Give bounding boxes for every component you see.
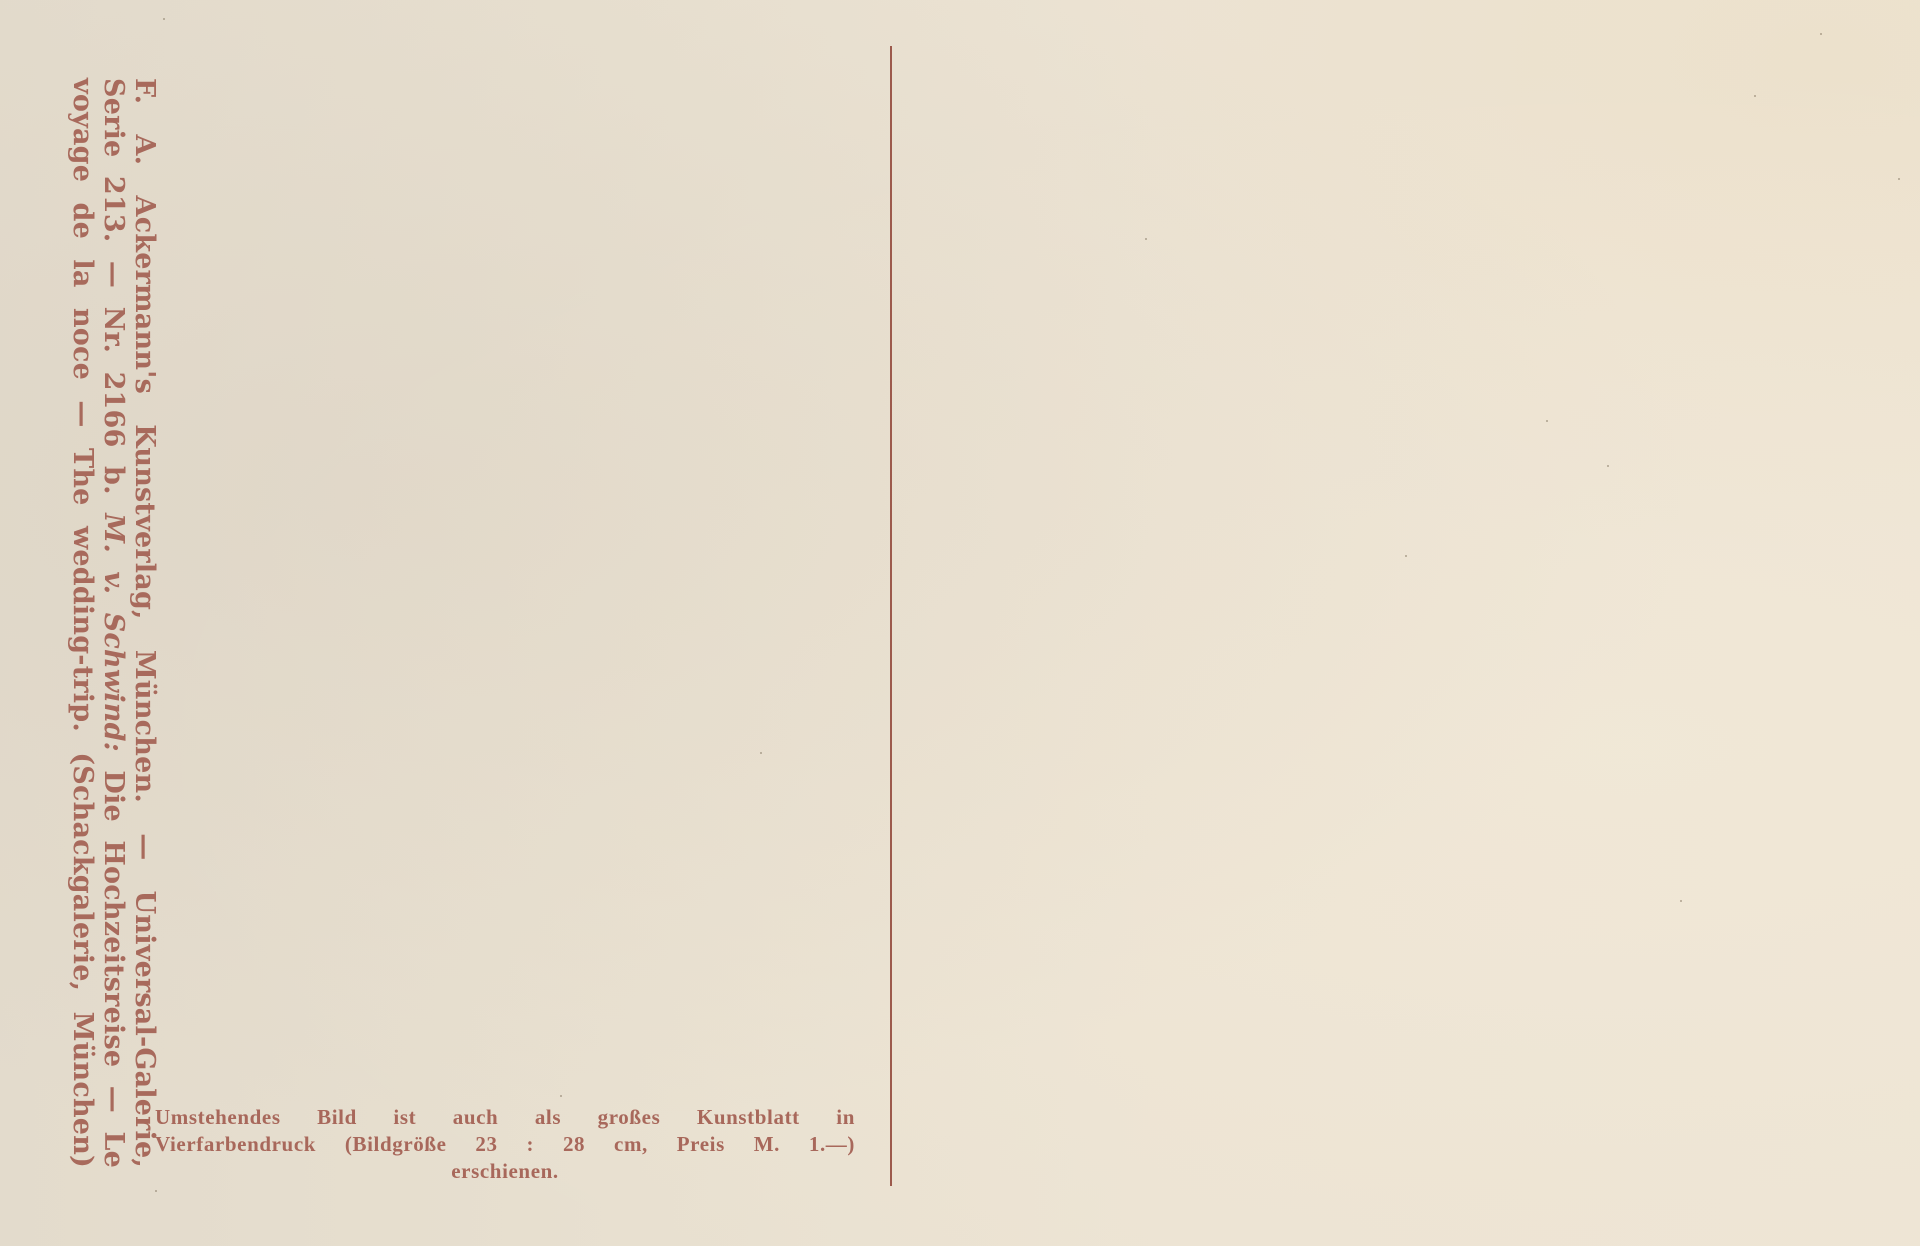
reprint-notice-line-3: erschienen. (155, 1158, 855, 1185)
reprint-notice: Umstehendes Bild ist auch als großes Kun… (155, 1104, 855, 1185)
imprint-line-2-end: Die Hochzeitsreise — Le (98, 752, 129, 1168)
paper-speck (1546, 420, 1548, 422)
paper-speck (760, 752, 762, 754)
address-divider-line (890, 46, 892, 1186)
publisher-imprint: F. A. Ackermann's Kunstverlag, München. … (67, 78, 160, 1168)
paper-speck (560, 1095, 562, 1097)
reprint-notice-line-2: Vierfarbendruck (Bildgröße 23 : 28 cm, P… (155, 1131, 855, 1158)
paper-speck (1898, 178, 1900, 180)
paper-speck (1405, 555, 1407, 557)
postcard-back: F. A. Ackermann's Kunstverlag, München. … (0, 0, 1920, 1246)
reprint-notice-line-1: Umstehendes Bild ist auch als großes Kun… (155, 1104, 855, 1131)
paper-speck (1680, 900, 1682, 902)
paper-speck (1145, 238, 1147, 240)
paper-speck (1754, 95, 1756, 97)
artist-name: M. v. Schwind: (98, 513, 129, 752)
paper-speck (1607, 465, 1609, 467)
imprint-line-2: Serie 213. — Nr. 2166 b. M. v. Schwind: … (98, 78, 129, 1168)
paper-speck (155, 1190, 157, 1192)
imprint-line-2-start: Serie 213. — Nr. 2166 b. (98, 78, 129, 513)
imprint-line-1: F. A. Ackermann's Kunstverlag, München. … (129, 78, 160, 1168)
imprint-line-3: voyage de la noce — The wedding-trip. (S… (67, 78, 98, 1168)
paper-speck (163, 18, 165, 20)
paper-speck (1820, 33, 1822, 35)
